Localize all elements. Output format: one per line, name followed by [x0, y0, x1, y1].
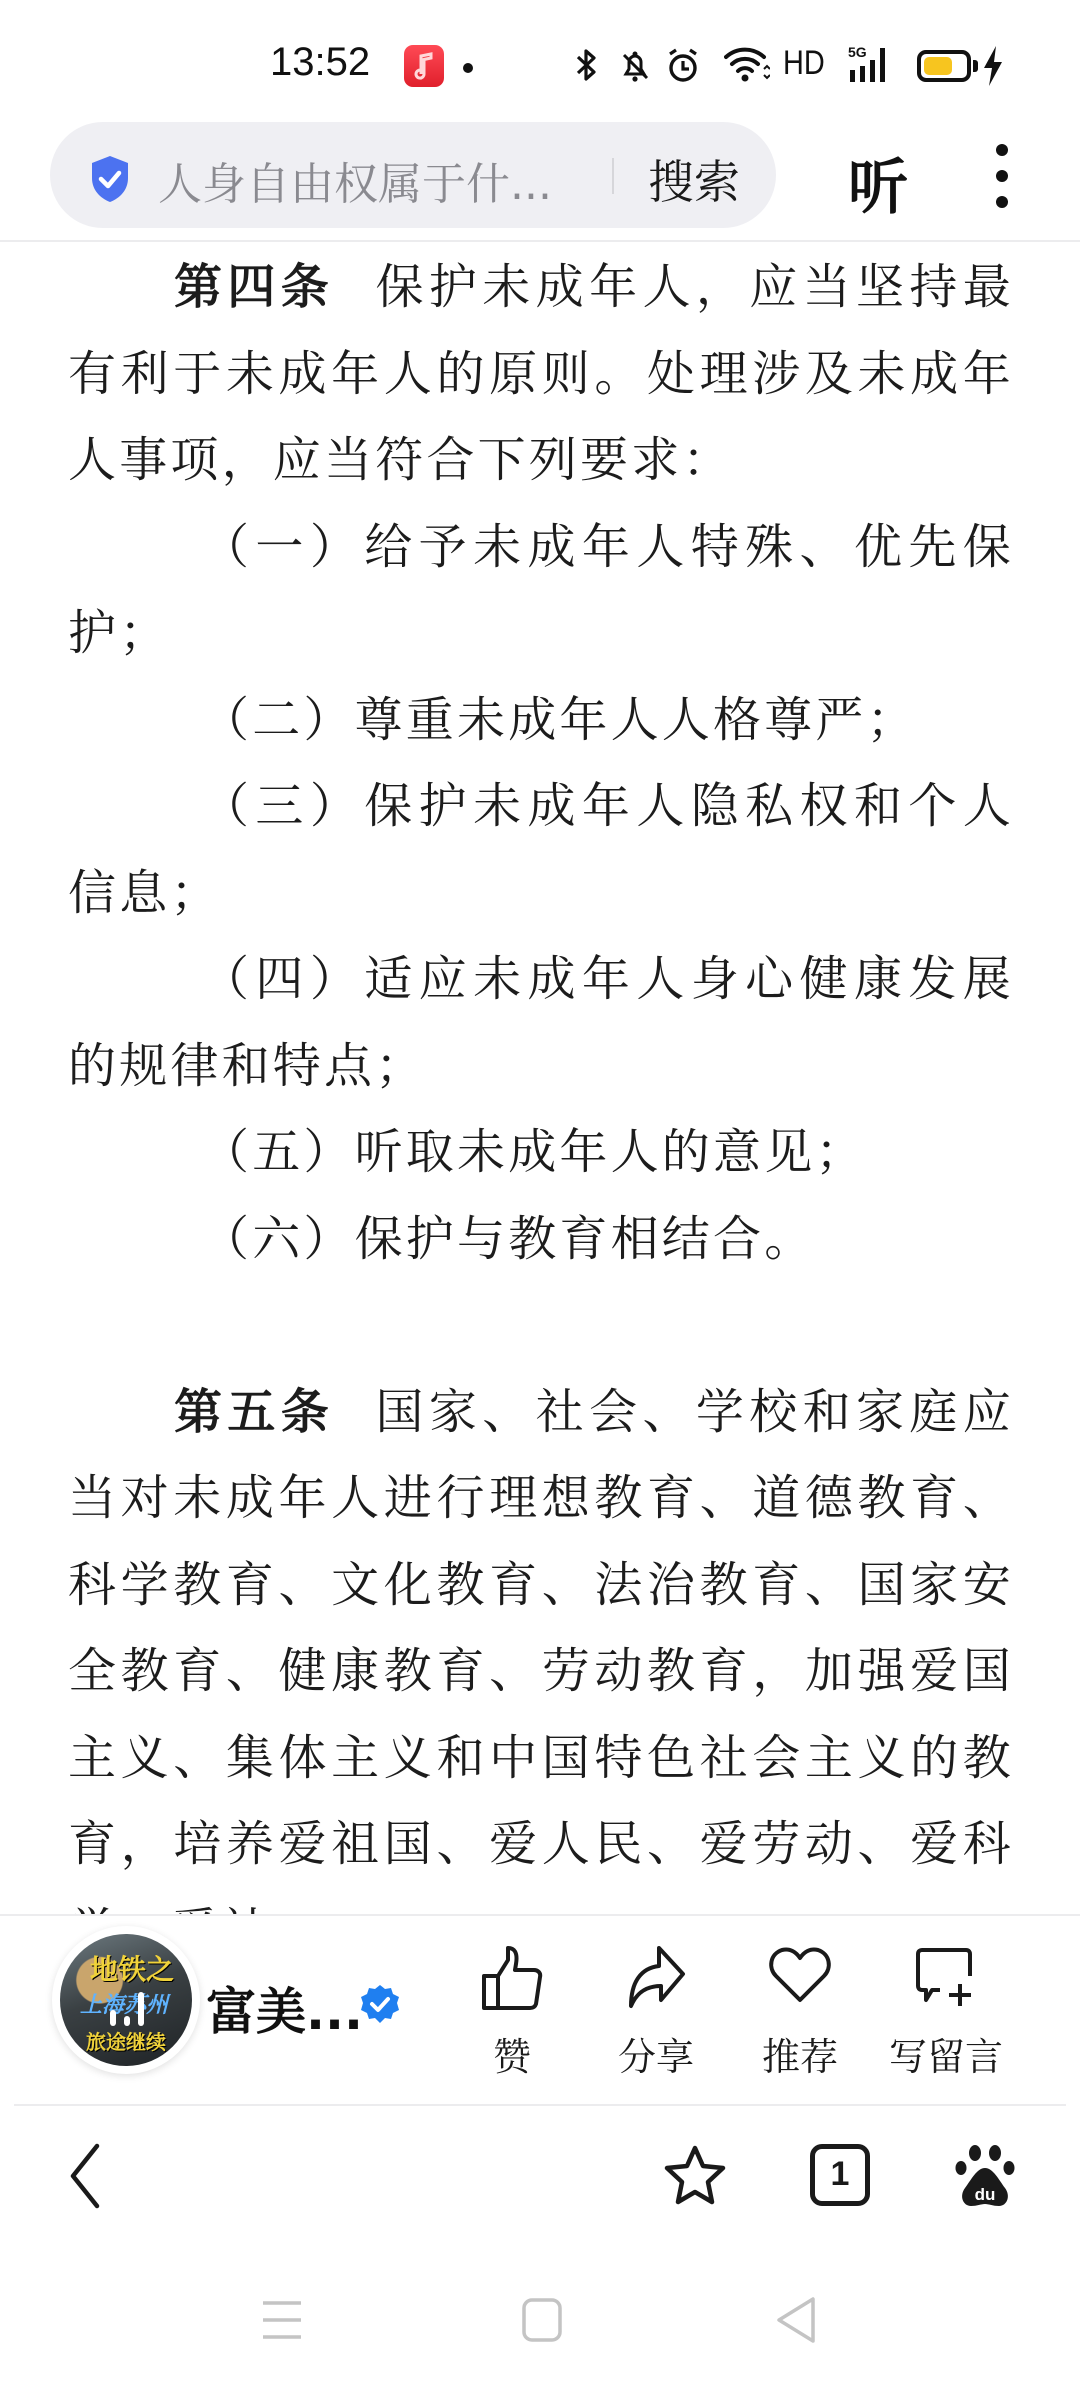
list-item: （六）保护与教育相结合。: [68, 1196, 1014, 1283]
home-icon: [522, 2298, 562, 2342]
author-name[interactable]: 富美...: [206, 1972, 363, 2044]
avatar-image: 地铁之 上海苏州 旅途继续: [60, 1934, 192, 2066]
article-text: 国家、社会、学校和家庭应当对未成年人进行理想教育、道德教育、科学教育、文化教育、…: [68, 1384, 1014, 1915]
signal-5g-icon: 5G: [848, 44, 896, 88]
recommend-button[interactable]: 推荐: [730, 1916, 870, 2106]
tabs-icon: 1: [810, 2144, 870, 2206]
notification-dot: [463, 63, 473, 73]
article-action-bar: 地铁之 上海苏州 旅途继续 富美... 赞 分享 推荐 写留言: [0, 1914, 1080, 2106]
tab-count: 1: [815, 2155, 865, 2194]
comment-add-icon: [914, 1946, 978, 2008]
back-button[interactable]: [30, 2106, 140, 2246]
list-item: （五）听取未成年人的意见；: [68, 1109, 1014, 1196]
article-content: 第四条 保护未成年人，应当坚持最有利于未成年人的原则。处理涉及未成年人事项，应当…: [68, 242, 1014, 1914]
menu-icon: [261, 2299, 303, 2341]
system-navigation-bar: [0, 2250, 1080, 2400]
battery-icon: [917, 50, 971, 82]
alarm-icon: [666, 47, 700, 89]
verified-badge-icon: [360, 1984, 400, 2028]
back-icon: [65, 2142, 105, 2210]
wifi-icon: [724, 47, 770, 87]
battery-tip: [973, 60, 978, 72]
hd-label: HD: [783, 44, 825, 83]
status-bar: 13:52 HD 5G: [0, 0, 1080, 110]
avatar-caption: 地铁之: [90, 1948, 174, 1988]
thumbs-up-icon: [480, 1946, 544, 2012]
browser-bottom-nav: 1 du: [0, 2106, 1080, 2246]
svg-text:5G: 5G: [848, 44, 867, 60]
audio-wave-icon: [108, 1990, 148, 2032]
bookmark-button[interactable]: [640, 2106, 750, 2246]
list-item: （三）保护未成年人隐私权和个人信息；: [68, 763, 1014, 936]
share-button[interactable]: 分享: [586, 1916, 726, 2106]
star-icon: [663, 2144, 727, 2208]
battery-level: [924, 57, 952, 75]
write-comment-button[interactable]: 写留言: [876, 1916, 1016, 2106]
author-avatar[interactable]: 地铁之 上海苏州 旅途继续: [52, 1926, 200, 2074]
bell-muted-icon: [620, 47, 650, 89]
write-comment-label: 写留言: [876, 2026, 1016, 2081]
share-icon: [625, 1946, 687, 2010]
system-back-button[interactable]: [736, 2270, 856, 2370]
heart-icon: [768, 1946, 832, 2004]
status-time: 13:52: [270, 40, 370, 85]
music-app-icon: [404, 45, 444, 87]
article-paragraph: 第五条 国家、社会、学校和家庭应当对未成年人进行理想教育、道德教育、科学教育、文…: [68, 1369, 1014, 1915]
list-item: （四）适应未成年人身心健康发展的规律和特点；: [68, 936, 1014, 1109]
tabs-button[interactable]: 1: [784, 2106, 894, 2246]
browser-toolbar: 人身自由权属于什... 搜索 听: [0, 110, 1080, 240]
more-menu-icon[interactable]: [990, 144, 1014, 208]
search-divider: [612, 158, 614, 194]
article-paragraph: 第四条 保护未成年人，应当坚持最有利于未成年人的原则。处理涉及未成年人事项，应当…: [68, 242, 1014, 504]
listen-button[interactable]: 听: [848, 140, 908, 226]
back-triangle-icon: [775, 2297, 817, 2343]
baidu-paw-icon: du: [955, 2144, 1015, 2208]
like-label: 赞: [442, 2026, 582, 2081]
article-title: 第四条: [174, 259, 334, 315]
list-item: （二）尊重未成年人人格尊严；: [68, 677, 1014, 764]
paragraph-gap: [68, 1282, 1014, 1369]
home-button[interactable]: [482, 2270, 602, 2370]
like-button[interactable]: 赞: [442, 1916, 582, 2106]
search-button[interactable]: 搜索: [648, 146, 740, 212]
recent-apps-button[interactable]: [222, 2270, 342, 2370]
share-label: 分享: [586, 2026, 726, 2081]
recommend-label: 推荐: [730, 2026, 870, 2081]
search-bar[interactable]: 人身自由权属于什... 搜索: [50, 122, 776, 228]
charging-icon: [982, 46, 1004, 90]
baidu-home-button[interactable]: du: [930, 2106, 1040, 2246]
svg-text:du: du: [975, 2185, 996, 2204]
search-query-text[interactable]: 人身自由权属于什...: [158, 148, 552, 212]
article-title: 第五条: [174, 1384, 334, 1440]
list-item: （一）给予未成年人特殊、优先保护；: [68, 504, 1014, 677]
shield-check-icon: [88, 154, 132, 208]
bluetooth-icon: [574, 47, 600, 87]
